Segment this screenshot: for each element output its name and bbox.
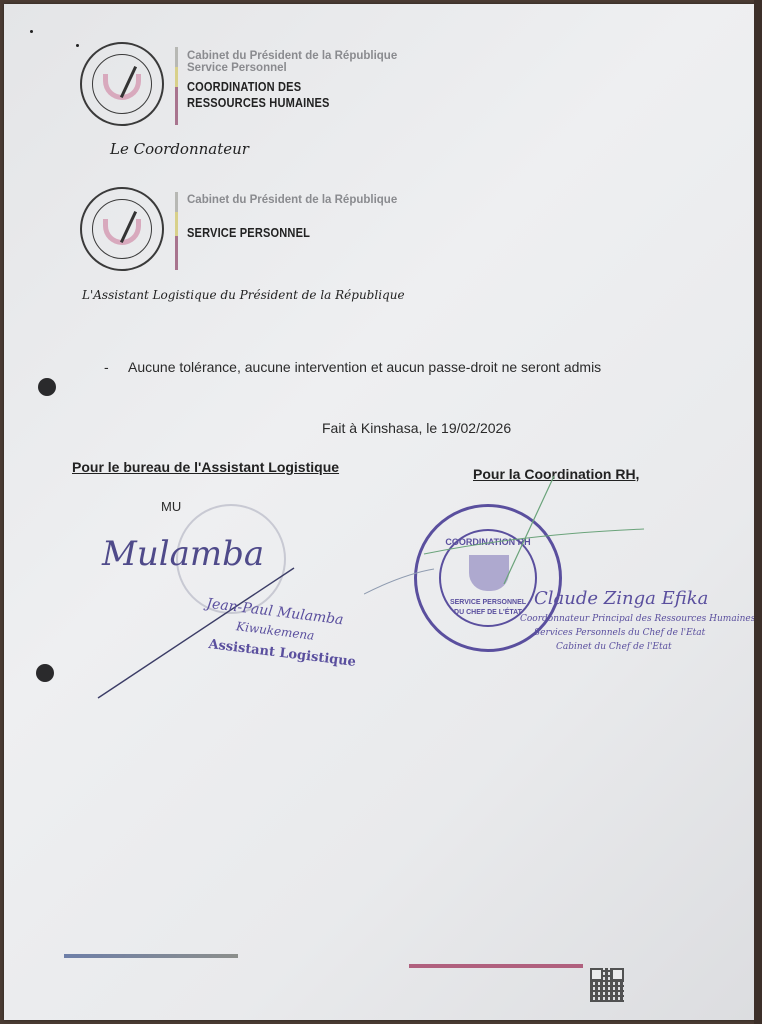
header-title: RESSOURCES HUMAINES [187,95,330,110]
speck [30,30,33,33]
header-divider [175,192,178,212]
coordinator-role: Services Personnels du Chef de l'Etat [534,628,705,638]
table-edge [754,0,762,1024]
header-divider [175,67,178,87]
service-line: Service Personnel [187,62,287,74]
signatory-title: L'Assistant Logistique du Président de l… [82,288,405,302]
presidency-seal [80,42,164,126]
punch-hole [36,664,54,682]
initials: MU [161,499,181,514]
coordinator-role: Coordonnateur Principal des Ressources H… [520,614,755,624]
cabinet-line: Cabinet du Président de la République [187,50,397,62]
header-divider [175,47,178,67]
speck [76,44,79,47]
signature-stroke [364,474,654,604]
footer-line-right [409,964,583,968]
qr-code-icon [590,968,624,1002]
list-bullet: - [104,359,109,375]
punch-hole [38,378,56,396]
signature-heading-left: Pour le bureau de l'Assistant Logistique [72,459,339,475]
list-item: Aucune tolérance, aucune intervention et… [128,359,601,375]
cabinet-line: Cabinet du Président de la République [187,194,397,206]
header-divider [175,212,178,236]
header-divider [175,87,178,125]
header-title: SERVICE PERSONNEL [187,225,310,240]
document-page: Cabinet du Président de la République Se… [4,4,756,1020]
coordinator-role: Cabinet du Chef de l'Etat [556,642,672,652]
header-title: COORDINATION DES [187,79,301,94]
coordinator-name: Claude Zinga Efika [534,588,708,609]
header-divider [175,236,178,270]
presidency-seal [80,187,164,271]
place-date: Fait à Kinshasa, le 19/02/2026 [322,420,511,436]
footer-line-left [64,954,238,958]
signatory-title: Le Coordonnateur [110,140,249,158]
